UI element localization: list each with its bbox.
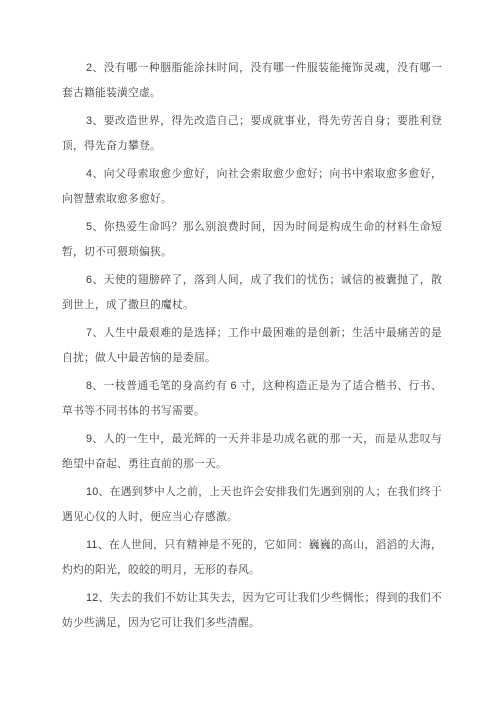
quote-paragraph: 10、在遇到梦中人之前，上天也许会安排我们先遇到别的人；在我们终于遇见心仪的人时… <box>62 480 442 530</box>
document-body: { "page": { "background_color": "#ffffff… <box>0 0 500 707</box>
quote-paragraph: 11、在人世间，只有精神是不死的，它如同：巍巍的高山，滔滔的大海，灼灼的阳光，皎… <box>62 533 442 583</box>
document-page: 2、没有哪一种胭脂能涂抹时间，没有哪一件服装能掩饰灵魂，没有哪一套古籍能装潢空虚… <box>0 0 500 707</box>
quote-paragraph: 6、天使的翅膀碎了，落到人间，成了我们的忧伤；诚信的被囊抛了，散到世上，成了撒旦… <box>62 268 442 318</box>
quote-paragraph: 4、向父母索取愈少愈好，向社会索取愈少愈好；向书中索取愈多愈好，向智慧索取愈多愈… <box>62 162 442 212</box>
quote-paragraph: 5、你热爱生命吗？那么别浪费时间，因为时间是构成生命的材料生命短暂，切不可猥琐偏… <box>62 215 442 265</box>
quote-paragraph: 12、失去的我们不妨让其失去，因为它可让我们少些惆怅；得到的我们不妨少些满足，因… <box>62 586 442 636</box>
quote-paragraph: 7、人生中最艰难的是选择；工作中最困难的是创新；生活中最痛苦的是自扰；做人中最苦… <box>62 321 442 371</box>
quote-paragraph: 9、人的一生中，最光辉的一天并非是功成名就的那一天，而是从悲叹与绝望中奋起、勇往… <box>62 427 442 477</box>
quote-paragraph: 8、一枝普通毛笔的身高约有 6 寸，这种构造正是为了适合楷书、行书、草书等不同书… <box>62 374 442 424</box>
quote-paragraph: 3、要改造世界，得先改造自己；要成就事业，得先劳苦自身；要胜利登顶，得先奋力攀登… <box>62 109 442 159</box>
quote-paragraph: 2、没有哪一种胭脂能涂抹时间，没有哪一件服装能掩饰灵魂，没有哪一套古籍能装潢空虚… <box>62 56 442 106</box>
